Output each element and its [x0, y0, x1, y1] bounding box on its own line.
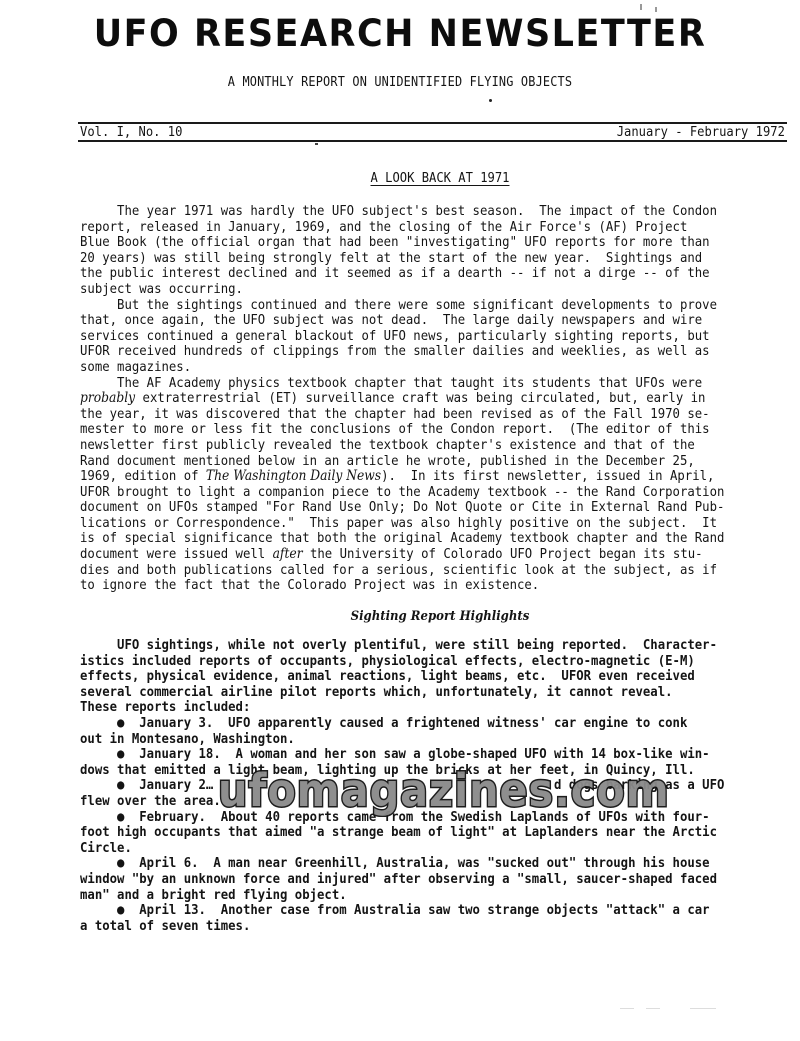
italic-emphasis: probably	[80, 390, 135, 406]
decorative-dot	[489, 99, 492, 102]
text-line: The year 1971 was hardly the UFO subject…	[80, 204, 732, 220]
text-line: some magazines.	[80, 360, 732, 376]
newsletter-title: UFO RESEARCH NEWSLETTER	[0, 12, 800, 55]
text-line: effects, physical evidence, animal react…	[80, 669, 732, 685]
text-line: man" and a bright red flying object.	[80, 888, 732, 904]
text-line: services continued a general blackout of…	[80, 329, 732, 345]
text-line: ● April 13. Another case from Australia …	[80, 903, 732, 919]
text-line: a total of seven times.	[80, 919, 732, 935]
issue-bar: Vol. I, No. 10 January - February 1972	[80, 123, 785, 140]
text-line: ● January 3. UFO apparently caused a fri…	[80, 716, 732, 732]
text-line: But the sightings continued and there we…	[80, 298, 732, 314]
scan-speck	[655, 7, 657, 12]
text-line: mester to more or less fit the conclusio…	[80, 422, 732, 438]
article-title: A LOOK BACK AT 1971	[44, 170, 800, 186]
text-line: istics included reports of occupants, ph…	[80, 654, 732, 670]
header-rule-bottom	[78, 140, 787, 142]
text-line: report, released in January, 1969, and t…	[80, 220, 732, 236]
text-line: ● January 18. A woman and her son saw a …	[80, 747, 732, 763]
text-line: foot high occupants that aimed "a strang…	[80, 825, 732, 841]
text-line: document were issued well after the Univ…	[80, 547, 732, 563]
text-line: 20 years) was still being strongly felt …	[80, 251, 732, 267]
text-line: UFOR brought to light a companion piece …	[80, 485, 732, 501]
text-line: UFOR received hundreds of clippings from…	[80, 344, 732, 360]
text-line: 1969, edition of The Washington Daily Ne…	[80, 469, 732, 485]
text-line: the public interest declined and it seem…	[80, 266, 732, 282]
text-line: window "by an unknown force and injured"…	[80, 872, 732, 888]
italic-emphasis: after	[273, 546, 303, 562]
text-line: out in Montesano, Washington.	[80, 732, 732, 748]
scan-speck	[315, 143, 318, 145]
text-line: document on UFOs stamped "For Rand Use O…	[80, 500, 732, 516]
text-line: the year, it was discovered that the cha…	[80, 407, 732, 423]
text-line: probably extraterrestrial (ET) surveilla…	[80, 391, 732, 407]
text-line: subject was occurring.	[80, 282, 732, 298]
text-line: Circle.	[80, 841, 732, 857]
issue-date: January - February 1972	[617, 124, 785, 140]
text-line: lications or Correspondence." This paper…	[80, 516, 732, 532]
scan-speck	[640, 4, 642, 10]
text-line: Blue Book (the official organ that had b…	[80, 235, 732, 251]
italic-emphasis: The Washington Daily News	[206, 468, 381, 484]
scan-speck	[620, 1008, 634, 1009]
section-heading-sighting-highlights: Sighting Report Highlights	[44, 609, 800, 624]
text-line: These reports included:	[80, 700, 732, 716]
text-line: UFO sightings, while not overly plentifu…	[80, 638, 732, 654]
article-body-intro: The year 1971 was hardly the UFO subject…	[80, 204, 732, 594]
volume-number: Vol. I, No. 10	[80, 124, 182, 140]
text-line: ● April 6. A man near Greenhill, Austral…	[80, 856, 732, 872]
text-line: is of special significance that both the…	[80, 531, 732, 547]
watermark: ufomagazines.com	[218, 764, 670, 817]
scan-speck	[690, 1008, 716, 1009]
text-line: several commercial airline pilot reports…	[80, 685, 732, 701]
scan-speck	[646, 1008, 660, 1009]
text-line: The AF Academy physics textbook chapter …	[80, 376, 732, 392]
text-line: dies and both publications called for a …	[80, 563, 732, 579]
newsletter-subtitle: A MONTHLY REPORT ON UNIDENTIFIED FLYING …	[48, 74, 752, 90]
text-line: Rand document mentioned below in an arti…	[80, 454, 732, 470]
text-line: newsletter first publicly revealed the t…	[80, 438, 732, 454]
text-line: to ignore the fact that the Colorado Pro…	[80, 578, 732, 594]
text-line: that, once again, the UFO subject was no…	[80, 313, 732, 329]
